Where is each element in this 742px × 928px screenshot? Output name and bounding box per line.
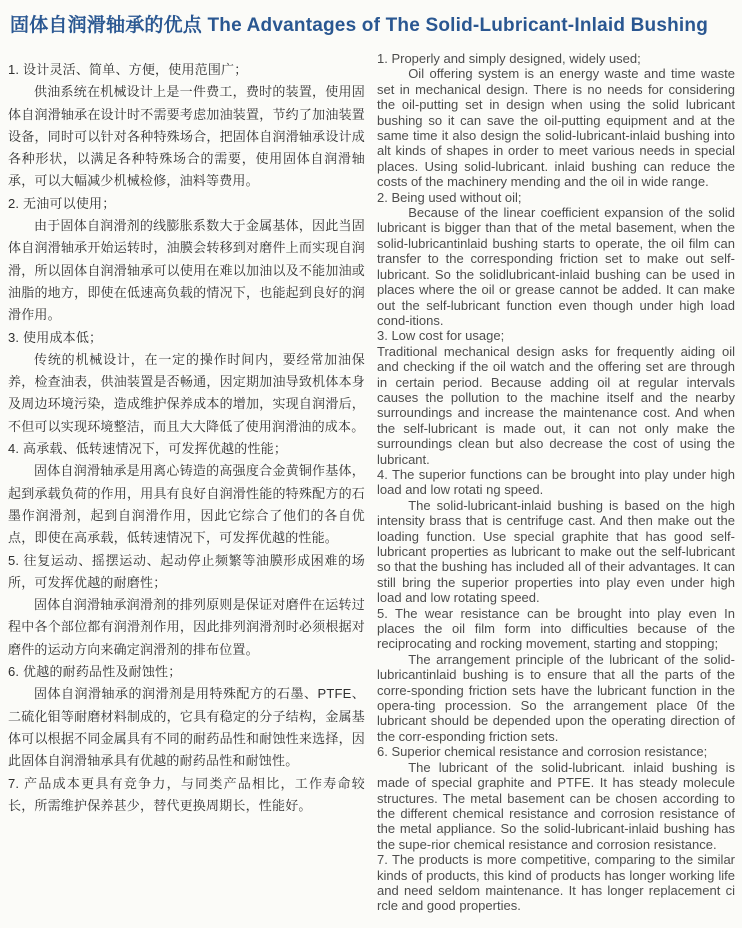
- en-section-heading: 3. Low cost for usage;: [377, 328, 735, 343]
- cn-section-heading: 3. 使用成本低；: [8, 327, 365, 349]
- two-column-layout: 1. 设计灵活、简单、方便，使用范围广； 供油系统在机械设计上是一件费工，费时的…: [8, 51, 735, 914]
- cn-section-3: 3. 使用成本低； 传统的机械设计，在一定的操作时间内，要经常加油保养，检查油表…: [8, 327, 365, 438]
- cn-section-body: 供油系统在机械设计上是一件费工，费时的装置，使用固体自润滑轴承在设计时不需要考虑…: [8, 81, 365, 192]
- cn-section-6: 6. 优越的耐药品性及耐蚀性； 固体自润滑轴承的润滑剂是用特殊配方的石墨、PTF…: [8, 661, 365, 772]
- cn-section-heading: 5. 往复运动、摇摆运动、起动停止频繁等油膜形成困难的场所，可发挥优越的耐磨性；: [8, 550, 365, 595]
- en-section-body: Oil offering system is an energy waste a…: [377, 66, 735, 189]
- cn-section-heading: 2. 无油可以使用；: [8, 193, 365, 215]
- en-section-body: Because of the linear coefficient expans…: [377, 205, 735, 328]
- page-title: 固体自润滑轴承的优点 The Advantages of The Solid-L…: [10, 10, 735, 37]
- document-page: 固体自润滑轴承的优点 The Advantages of The Solid-L…: [0, 0, 742, 928]
- en-section-7: 7. The products is more competitive, com…: [377, 852, 735, 914]
- en-section-5: 5. The wear resistance can be brought in…: [377, 606, 735, 745]
- en-section-1: 1. Properly and simply designed, widely …: [377, 51, 735, 190]
- en-section-heading: 2. Being used without oil;: [377, 190, 735, 205]
- cn-section-heading: 7. 产品成本更具有竞争力，与同类产品相比，工作寿命较长，所需维护保养甚少，替代…: [8, 773, 365, 818]
- en-section-heading: 4. The superior functions can be brought…: [377, 467, 735, 498]
- cn-section-7: 7. 产品成本更具有竞争力，与同类产品相比，工作寿命较长，所需维护保养甚少，替代…: [8, 773, 365, 818]
- en-section-6: 6. Superior chemical resistance and corr…: [377, 744, 735, 852]
- cn-section-heading: 4. 高承载、低转速情况下，可发挥优越的性能；: [8, 438, 365, 460]
- en-section-body: The arrangement principle of the lubrica…: [377, 652, 735, 744]
- chinese-column: 1. 设计灵活、简单、方便，使用范围广； 供油系统在机械设计上是一件费工，费时的…: [8, 51, 365, 914]
- en-section-4: 4. The superior functions can be brought…: [377, 467, 735, 606]
- en-section-heading: 7. The products is more competitive, com…: [377, 852, 735, 914]
- en-section-heading: 6. Superior chemical resistance and corr…: [377, 744, 735, 759]
- cn-section-body: 固体自润滑轴承润滑剂的排列原则是保证对磨件在运转过程中各个部位都有润滑剂作用，因…: [8, 594, 365, 661]
- cn-section-body: 固体自润滑轴承是用离心铸造的高强度合金黄铜作基体，起到承载负荷的作用，用具有良好…: [8, 460, 365, 549]
- en-section-2: 2. Being used without oil; Because of th…: [377, 190, 735, 329]
- cn-section-4: 4. 高承载、低转速情况下，可发挥优越的性能； 固体自润滑轴承是用离心铸造的高强…: [8, 438, 365, 549]
- cn-section-body: 固体自润滑轴承的润滑剂是用特殊配方的石墨、PTFE、二硫化钼等耐磨材料制成的，它…: [8, 683, 365, 772]
- cn-section-heading: 6. 优越的耐药品性及耐蚀性；: [8, 661, 365, 683]
- cn-section-5: 5. 往复运动、摇摆运动、起动停止频繁等油膜形成困难的场所，可发挥优越的耐磨性；…: [8, 550, 365, 661]
- cn-section-heading: 1. 设计灵活、简单、方便，使用范围广；: [8, 59, 365, 81]
- en-section-body: The lubricant of the solid-lubricant. in…: [377, 760, 735, 852]
- cn-section-2: 2. 无油可以使用； 由于固体自润滑剂的线膨胀系数大于金属基体，因此当固体自润滑…: [8, 193, 365, 327]
- en-section-3: 3. Low cost for usage; Traditional mecha…: [377, 328, 735, 467]
- english-column: 1. Properly and simply designed, widely …: [377, 51, 735, 914]
- en-section-heading: 5. The wear resistance can be brought in…: [377, 606, 735, 652]
- cn-section-body: 由于固体自润滑剂的线膨胀系数大于金属基体，因此当固体自润滑轴承开始运转时，油膜会…: [8, 215, 365, 326]
- cn-section-body: 传统的机械设计，在一定的操作时间内，要经常加油保养，检查油表，供油装置是否畅通，…: [8, 349, 365, 438]
- en-section-heading: 1. Properly and simply designed, widely …: [377, 51, 735, 66]
- cn-section-1: 1. 设计灵活、简单、方便，使用范围广； 供油系统在机械设计上是一件费工，费时的…: [8, 59, 365, 193]
- en-section-body: Traditional mechanical design asks for f…: [377, 344, 735, 467]
- en-section-body: The solid-lubricant-inlaid bushing is ba…: [377, 498, 735, 606]
